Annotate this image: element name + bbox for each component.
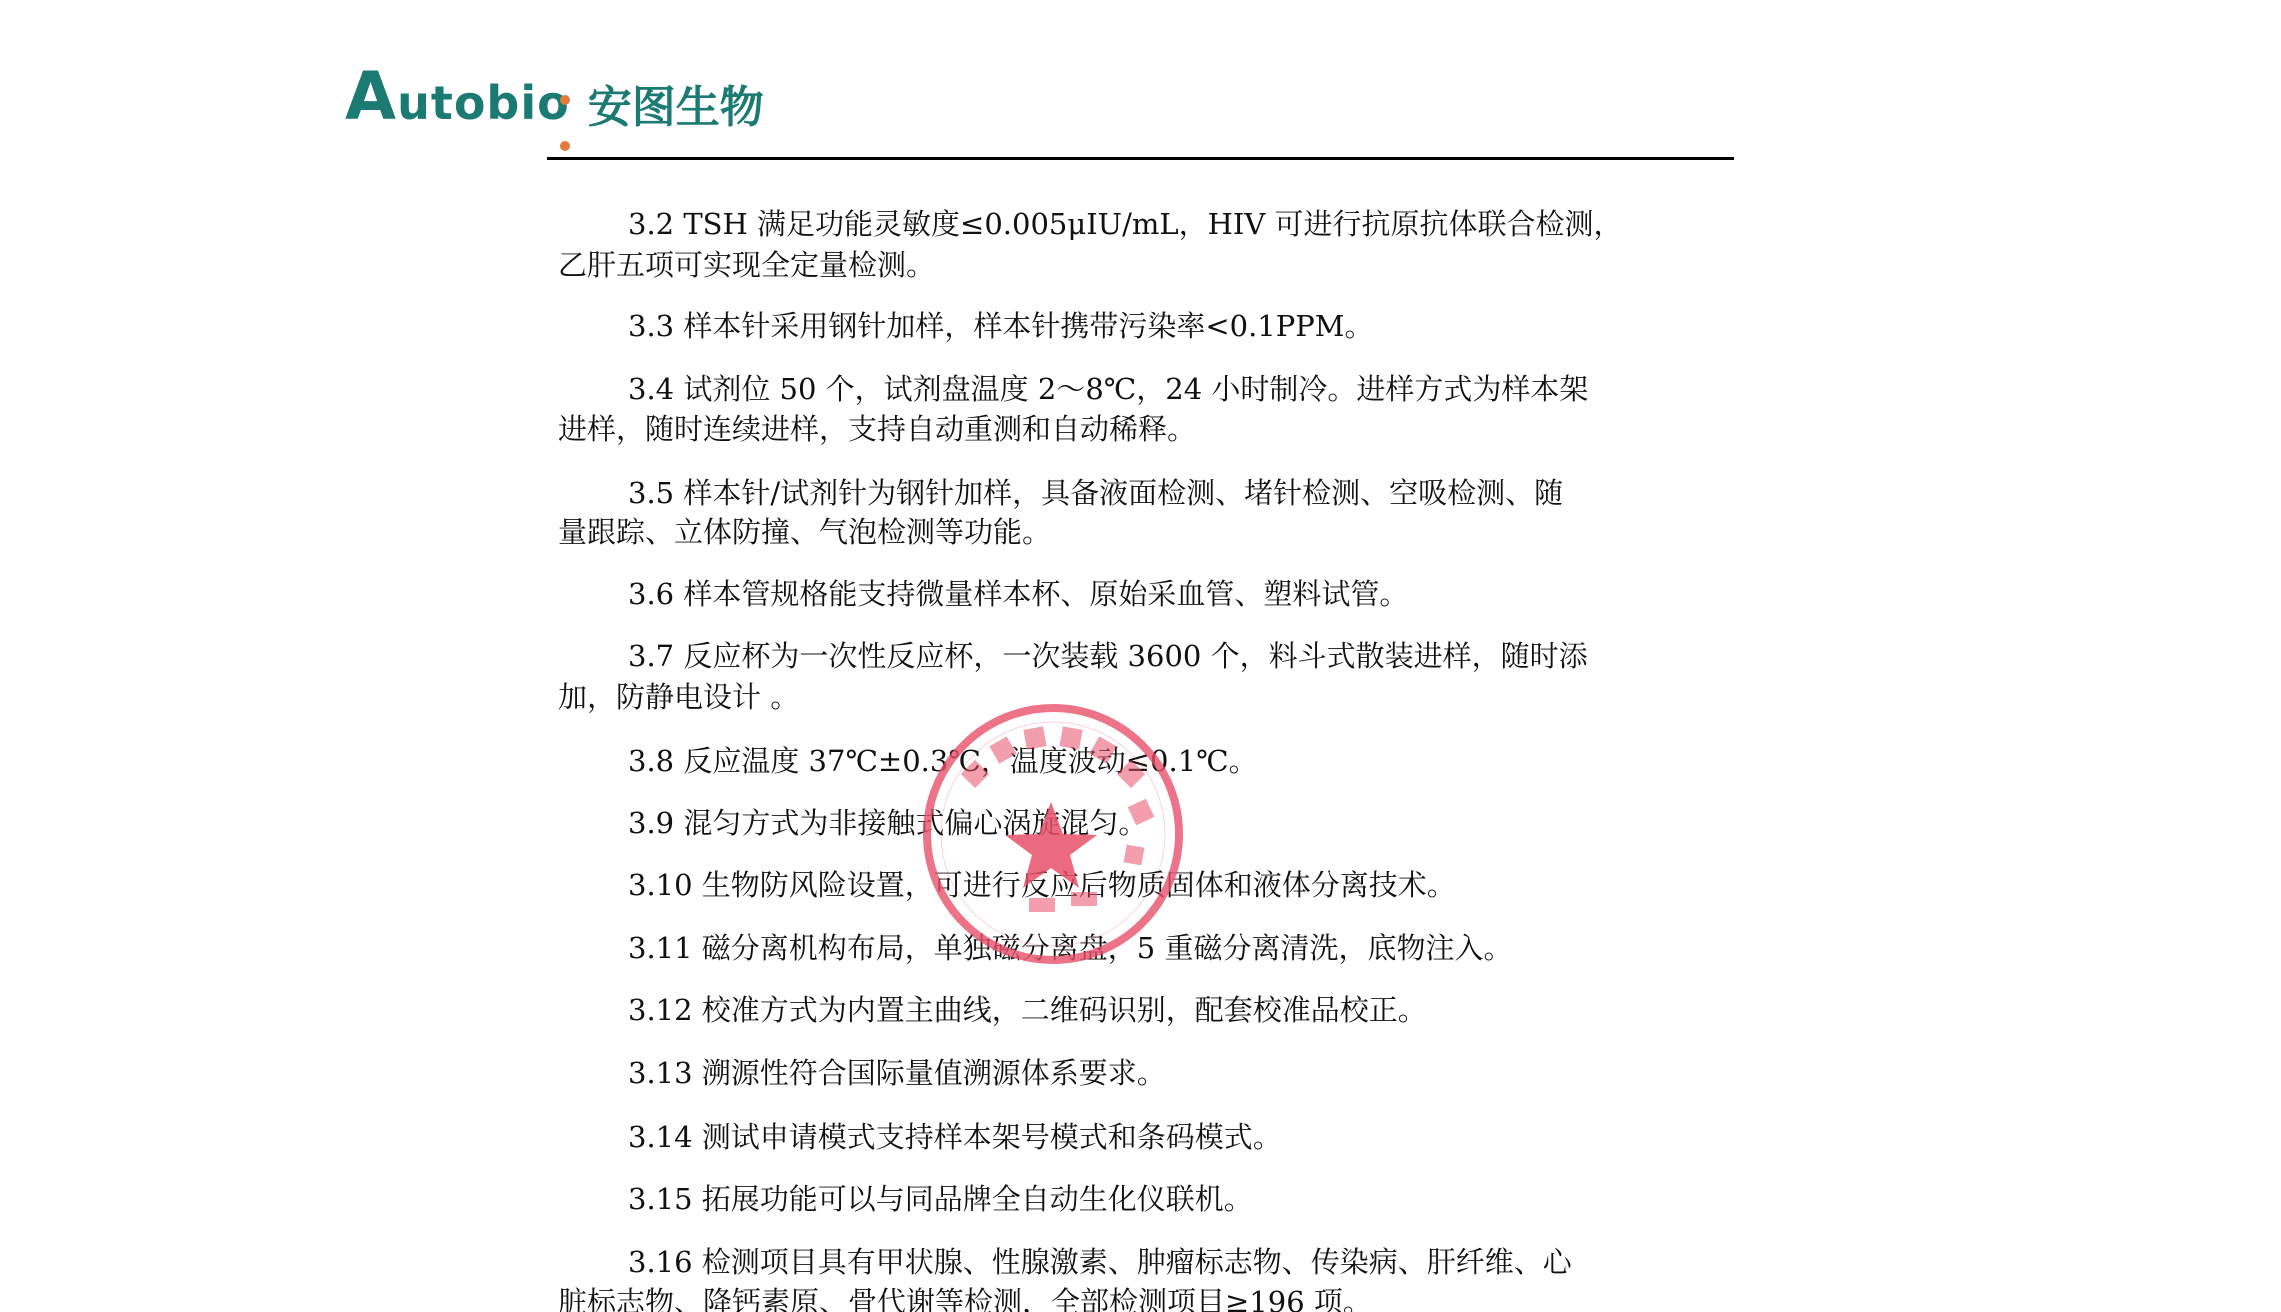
para-3-7-line-1: 3.7 反应杯为一次性反应杯，一次装载 3600 个，料斗式散装进样，随时添: [628, 642, 1588, 671]
logo-english: Autobio: [345, 64, 570, 130]
para-3-3: 3.3 样本针采用钢针加样，样本针携带污染率<0.1PPM。: [628, 312, 1373, 341]
logo-initial: A: [345, 58, 397, 135]
logo-rest: utobio: [397, 76, 570, 130]
para-3-13: 3.13 溯源性符合国际量值溯源体系要求。: [628, 1059, 1166, 1088]
company-logo: Autobio 安图生物: [345, 66, 764, 130]
para-3-8: 3.8 反应温度 37℃±0.3℃，温度波动≤0.1℃。: [628, 747, 1258, 776]
para-3-16-line-1: 3.16 检测项目具有甲状腺、性腺激素、肿瘤标志物、传染病、肝纤维、心: [628, 1248, 1572, 1277]
para-3-7-line-2: 加，防静电设计 。: [558, 683, 799, 712]
logo-dots-icon: [560, 66, 576, 158]
para-3-12: 3.12 校准方式为内置主曲线，二维码识别，配套校准品校正。: [628, 996, 1427, 1025]
para-3-5-line-2: 量跟踪、立体防撞、气泡检测等功能。: [558, 518, 1051, 547]
para-3-16-line-2: 脏标志物、降钙素原、骨代谢等检测，全部检测项目≥196 项。: [558, 1288, 1372, 1312]
para-3-6: 3.6 样本管规格能支持微量样本杯、原始采血管、塑料试管。: [628, 580, 1408, 609]
logo-chinese: 安图生物: [588, 86, 764, 130]
para-3-2-line-1: 3.2 TSH 满足功能灵敏度≤0.005μIU/mL，HIV 可进行抗原抗体联…: [628, 210, 1623, 239]
header-rule: [547, 157, 1734, 160]
para-3-5-line-1: 3.5 样本针/试剂针为钢针加样，具备液面检测、堵针检测、空吸检测、随: [628, 479, 1563, 508]
para-3-14: 3.14 测试申请模式支持样本架号模式和条码模式。: [628, 1123, 1282, 1152]
para-3-4-line-2: 进样，随时连续进样，支持自动重测和自动稀释。: [558, 415, 1196, 444]
para-3-10: 3.10 生物防风险设置，可进行反应后物质固体和液体分离技术。: [628, 871, 1456, 900]
para-3-11: 3.11 磁分离机构布局，单独磁分离盘，5 重磁分离清洗，底物注入。: [628, 934, 1512, 963]
para-3-2-line-2: 乙肝五项可实现全定量检测。: [558, 251, 935, 280]
para-3-15: 3.15 拓展功能可以与同品牌全自动生化仪联机。: [628, 1185, 1253, 1214]
para-3-4-line-1: 3.4 试剂位 50 个，试剂盘温度 2～8℃，24 小时制冷。进样方式为样本架: [628, 375, 1588, 404]
para-3-9: 3.9 混匀方式为非接触式偏心涡旋混匀。: [628, 809, 1147, 838]
